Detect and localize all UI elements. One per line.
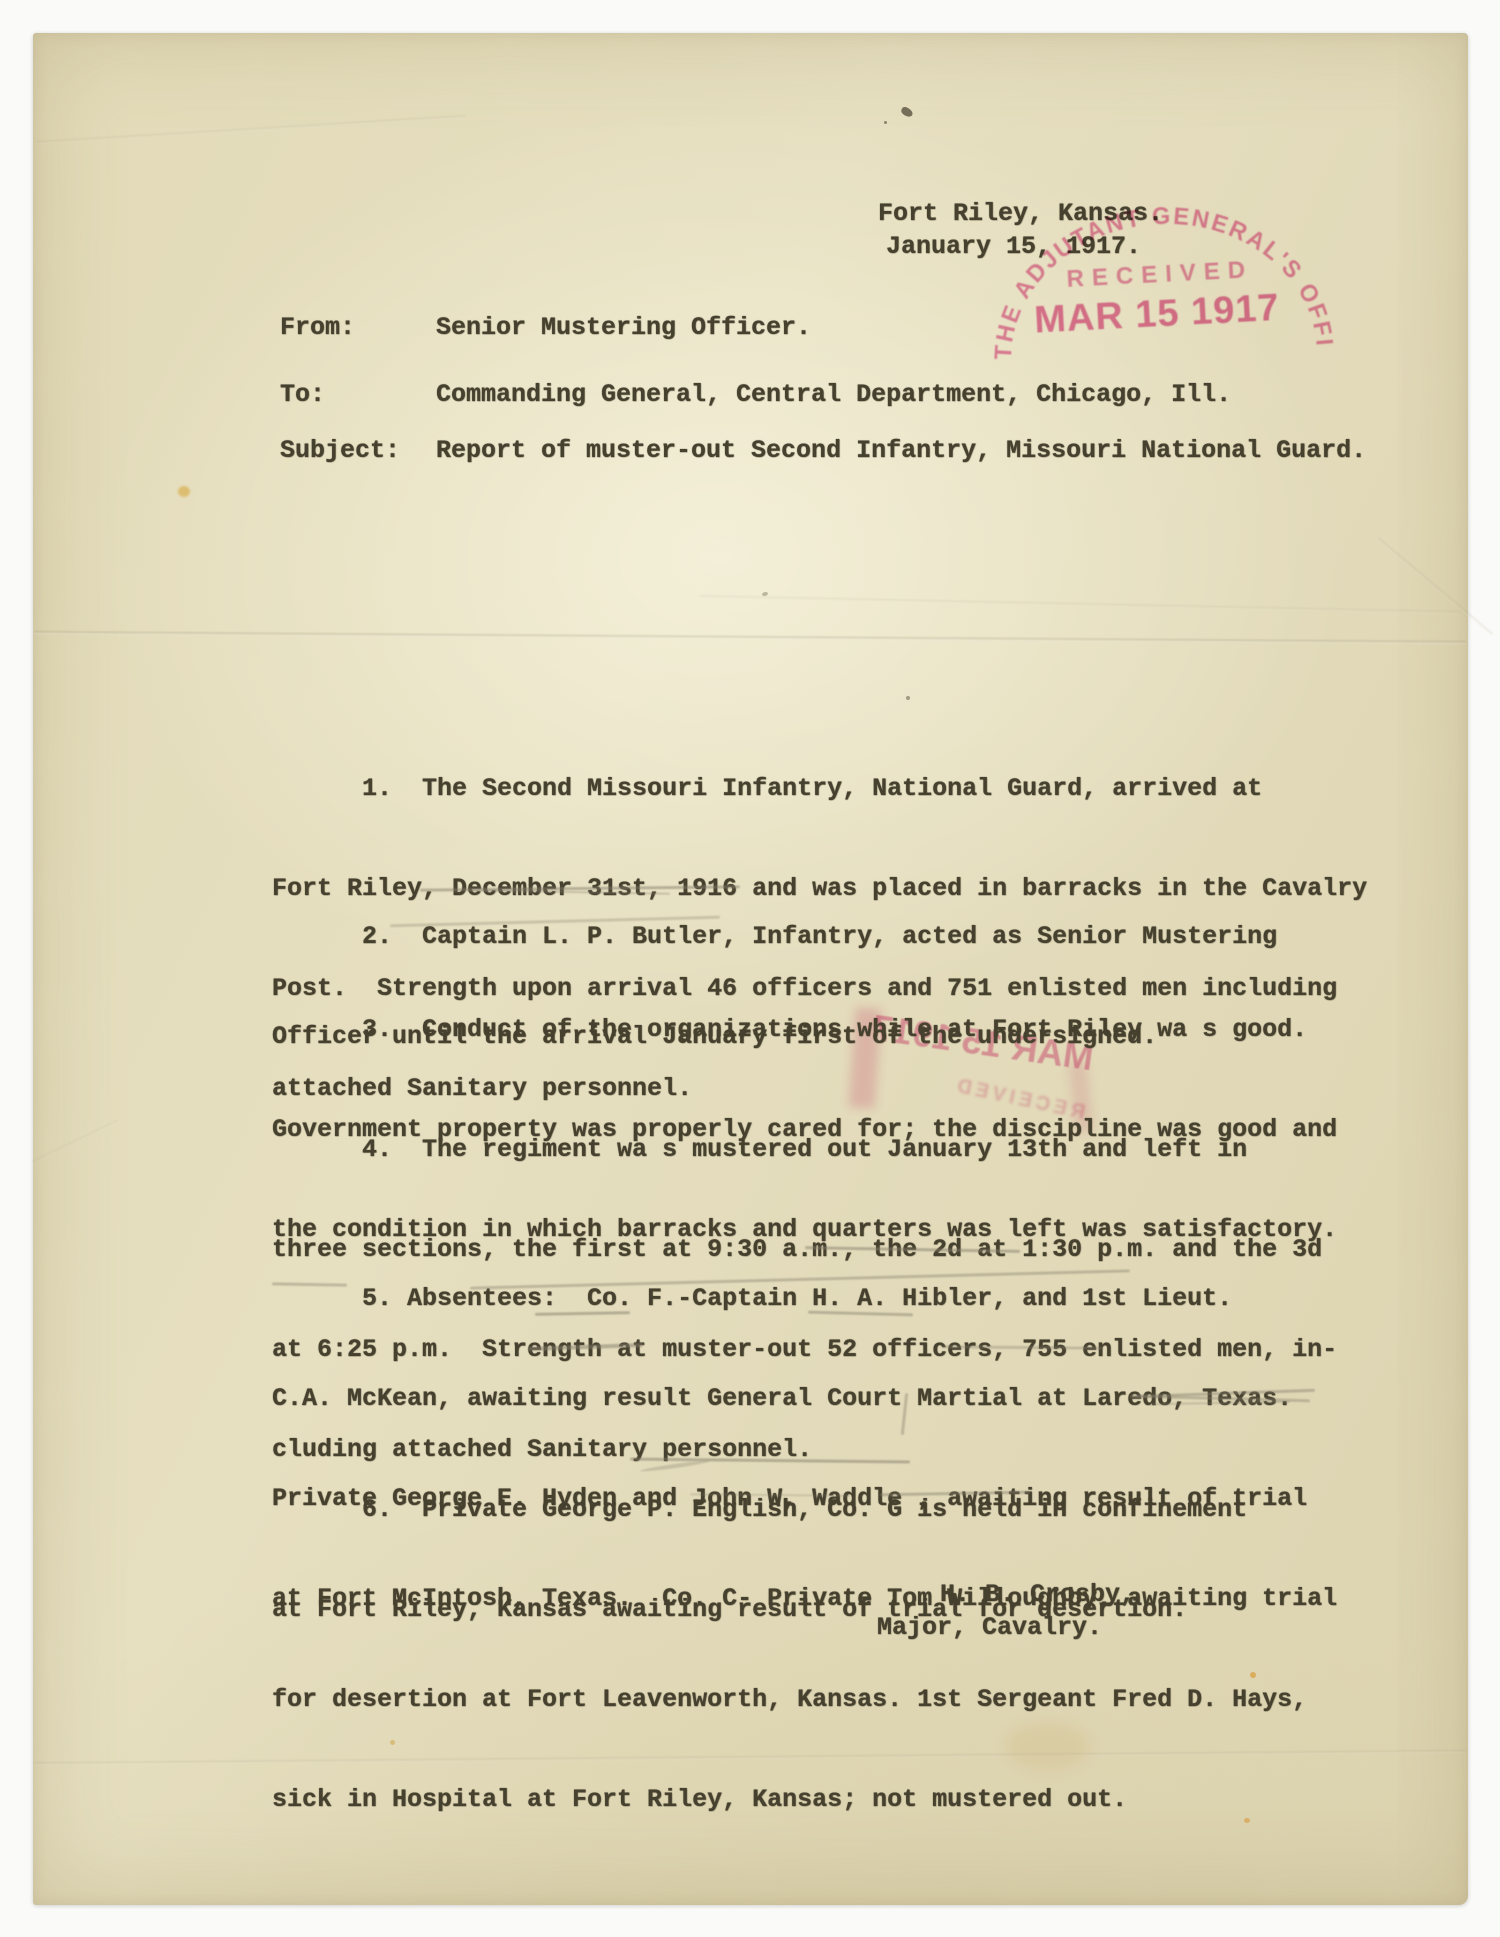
paragraph-line: 1. The Second Missouri Infantry, Nationa… <box>272 772 1367 805</box>
meta-label-from: From: <box>280 311 355 344</box>
paper-stain <box>178 486 190 497</box>
meta-row-from: From: Senior Mustering Officer. <box>0 311 1500 345</box>
document-photo: Fort Riley, Kansas. January 15, 1917. TH… <box>0 0 1500 1937</box>
meta-row-to: To: Commanding General, Central Departme… <box>0 378 1500 412</box>
ink-speck <box>906 696 910 700</box>
paragraph-line: 3. Conduct of the organizations while at… <box>272 1013 1337 1046</box>
meta-row-subject: Subject: Report of muster-out Second Inf… <box>0 434 1500 468</box>
received-stamp: THE ADJUTANT GENERAL'S OFFICE RECEIVED M… <box>980 161 1341 394</box>
meta-value-from: Senior Mustering Officer. <box>436 311 811 344</box>
ink-speck <box>884 121 887 124</box>
paragraph-line: C.A. McKean, awaiting result General Cou… <box>272 1382 1337 1415</box>
paragraph-line: 5. Absentees: Co. F.-Captain H. A. Hible… <box>272 1282 1337 1315</box>
signature-name: H. B. Crosby, <box>940 1578 1135 1611</box>
paragraph-line: 4. The regiment wa s mustered out Januar… <box>272 1133 1337 1166</box>
meta-label-subject: Subject: <box>280 434 400 467</box>
meta-label-to: To: <box>280 378 325 411</box>
meta-value-to: Commanding General, Central Department, … <box>436 378 1231 411</box>
paragraph-line: 6. Private George P. English, Co. G is h… <box>272 1493 1247 1526</box>
paragraph-line: sick in Hospital at Fort Riley, Kansas; … <box>272 1783 1337 1816</box>
stamp-received-text: RECEIVED <box>1066 256 1254 293</box>
paragraph-6: 6. Private George P. English, Co. G is h… <box>272 1426 1247 1693</box>
meta-value-subject: Report of muster-out Second Infantry, Mi… <box>436 434 1366 467</box>
signature-title: Major, Cavalry. <box>877 1611 1102 1644</box>
